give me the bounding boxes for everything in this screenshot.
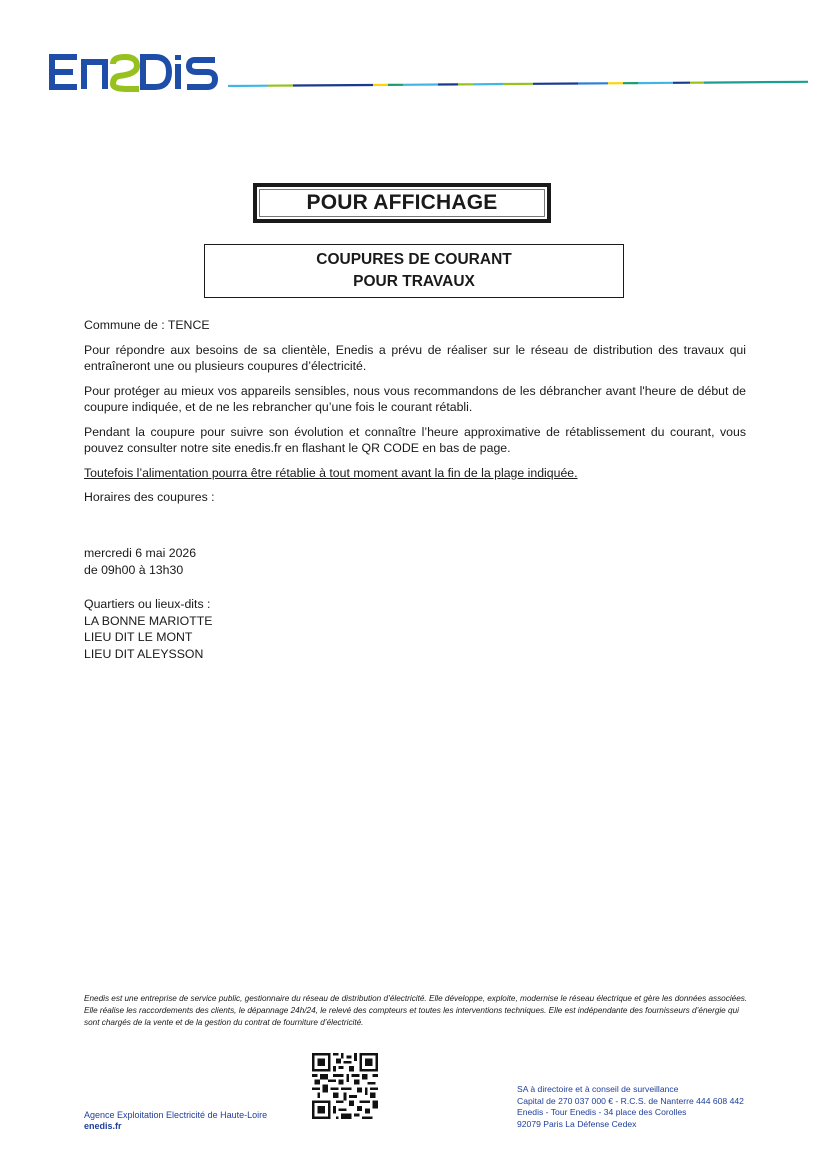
outage-time-range: de 09h00 à 13h30 bbox=[84, 562, 196, 579]
display-notice-banner: POUR AFFICHAGE bbox=[253, 183, 551, 223]
agency-name: Agence Exploitation Electricité de Haute… bbox=[84, 1110, 267, 1121]
outage-schedule: mercredi 6 mai 2026 de 09h00 à 13h30 bbox=[84, 545, 196, 578]
agency-block: Agence Exploitation Electricité de Haute… bbox=[84, 1110, 267, 1132]
paragraph-follow: Pendant la coupure pour suivre son évolu… bbox=[84, 424, 746, 457]
page-title-box: COUPURES DE COURANT POUR TRAVAUX bbox=[204, 244, 624, 298]
corporate-line: 92079 Paris La Défense Cedex bbox=[517, 1119, 744, 1131]
corporate-line: SA à directoire et à conseil de surveill… bbox=[517, 1084, 744, 1096]
brand-color-rule bbox=[228, 73, 808, 87]
enedis-logo-icon bbox=[47, 52, 222, 92]
qr-code-icon[interactable] bbox=[312, 1053, 378, 1119]
commune-label: Commune de : TENCE bbox=[84, 317, 746, 334]
enedis-logo bbox=[47, 52, 222, 92]
title-line-2: POUR TRAVAUX bbox=[353, 271, 475, 293]
corporate-info: SA à directoire et à conseil de surveill… bbox=[517, 1084, 744, 1130]
website-link[interactable]: enedis.fr bbox=[84, 1121, 267, 1132]
restoration-notice: Toutefois l’alimentation pourra être rét… bbox=[84, 465, 746, 482]
color-rule-icon bbox=[228, 73, 808, 87]
schedule-heading: Horaires des coupures : bbox=[84, 489, 746, 506]
places-heading: Quartiers ou lieux-dits : bbox=[84, 596, 212, 613]
title-line-1: COUPURES DE COURANT bbox=[316, 249, 511, 271]
place-item: LIEU DIT LE MONT bbox=[84, 629, 212, 646]
affected-places: Quartiers ou lieux-dits : LA BONNE MARIO… bbox=[84, 596, 212, 662]
corporate-line: Capital de 270 037 000 € - R.C.S. de Nan… bbox=[517, 1096, 744, 1108]
place-item: LIEU DIT ALEYSSON bbox=[84, 646, 212, 663]
notice-body: Commune de : TENCE Pour répondre aux bes… bbox=[84, 317, 746, 514]
paragraph-protect: Pour protéger au mieux vos appareils sen… bbox=[84, 383, 746, 416]
place-item: LA BONNE MARIOTTE bbox=[84, 613, 212, 630]
legal-notice: Enedis est une entreprise de service pub… bbox=[84, 993, 754, 1029]
paragraph-intro: Pour répondre aux besoins de sa clientèl… bbox=[84, 342, 746, 375]
corporate-line: Enedis - Tour Enedis - 34 place des Coro… bbox=[517, 1107, 744, 1119]
outage-date: mercredi 6 mai 2026 bbox=[84, 545, 196, 562]
